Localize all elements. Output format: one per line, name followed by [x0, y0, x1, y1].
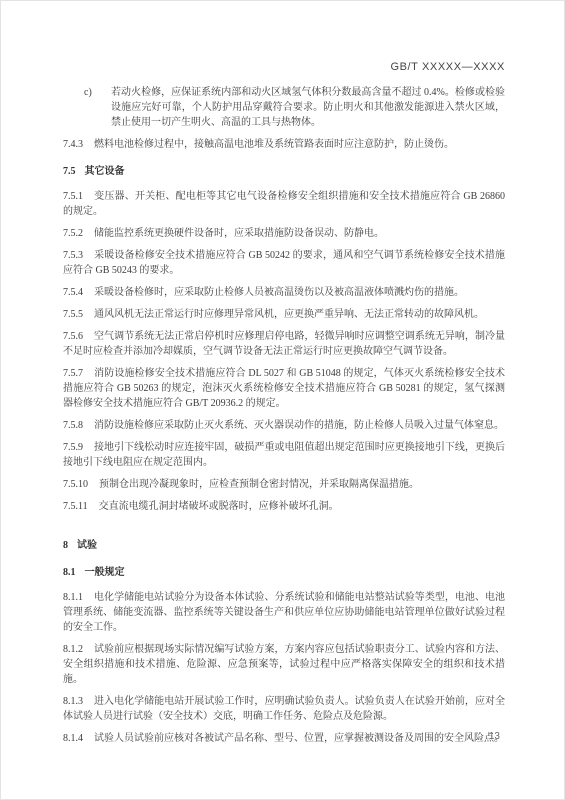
clause-text: 电化学储能电站试验分为设备本体试验、分系统试验和储能电站整站试验等类型，电池、电… [63, 592, 505, 633]
clause-paragraph: 8.1.2试验前应根据现场实际情况编写试验方案，方案内容应包括试验职责分工、试验… [63, 642, 505, 687]
clause-paragraph: 7.5.8消防设施检修应采取防止灭火系统、灭火器误动作的措施，防止检修人员吸入过… [63, 418, 505, 433]
clause-number: 7.5.4 [63, 287, 83, 298]
clause-paragraph: 8.1.4试验人员试验前应核对各被试产品名称、型号、位置，应掌握被测设备及周围的… [63, 731, 505, 746]
heading-text: 其它设备 [85, 166, 125, 177]
clause-number: 7.5.2 [63, 228, 83, 239]
clause-text: 采暖设备检修时，应采取防止检修人员被高温烫伤以及被高温液体喷溅灼伤的措施。 [94, 287, 464, 298]
clause-text: 预制仓出现冷凝现象时，应检查预制仓密封情况，并采取隔离保温措施。 [99, 479, 419, 490]
list-text: 若动火检修，应保证系统内部和动火区域氢气体积分数最高含量不超过 0.4%。检修或… [111, 87, 505, 128]
clause-text: 空气调节系统无法正常启停机时应修理启停电路，轻微异响时应调整空调系统无异响，制冷… [63, 331, 505, 357]
heading-text: 试验 [77, 540, 97, 551]
clause-number: 7.5.5 [63, 309, 83, 320]
clause-text: 进入电化学储能电站开展试验工作时，应明确试验负责人。试验负责人在试验开始前，应对… [63, 696, 505, 722]
clause-number: 7.5.1 [63, 191, 83, 202]
heading-number: 7.5 [63, 166, 76, 177]
clause-paragraph: 7.5.3采暖设备检修安全技术措施应符合 GB 50242 的要求，通风和空气调… [63, 248, 505, 278]
clause-number: 8.1.2 [63, 644, 83, 655]
clause-text: 变压器、开关柜、配电柜等其它电气设备检修安全组织措施和安全技术措施应符合 GB … [63, 191, 505, 217]
clause-paragraph: 8.1.1电化学储能电站试验分为设备本体试验、分系统试验和储能电站整站试验等类型… [63, 590, 505, 635]
running-header: GB/T XXXXX—XXXX [390, 61, 505, 73]
clause-number: 7.5.11 [63, 501, 88, 512]
clause-number: 7.4.3 [63, 139, 83, 150]
list-item: c)若动火检修，应保证系统内部和动火区域氢气体积分数最高含量不超过 0.4%。检… [63, 85, 505, 130]
clause-number: 7.5.7 [63, 368, 83, 379]
clause-paragraph: 8.1.3进入电化学储能电站开展试验工作时，应明确试验负责人。试验负责人在试验开… [63, 694, 505, 724]
clause-text: 交直流电缆孔洞封堵破坏或脱落时，应修补破坏孔洞。 [99, 501, 339, 512]
clause-number: 7.5.6 [63, 331, 83, 342]
page-number: 13 [489, 731, 500, 742]
clause-text: 燃料电池检修过程中，接触高温电池堆及系统管路表面时应注意防护，防止烫伤。 [94, 139, 454, 150]
clause-number: 8.1.4 [63, 733, 83, 744]
document-body: c)若动火检修，应保证系统内部和动火区域氢气体积分数最高含量不超过 0.4%。检… [63, 78, 505, 753]
chapter-heading: 8试验 [63, 538, 505, 553]
heading-heading: 7.5其它设备 [63, 164, 505, 179]
clause-text: 接地引下线松动时应连接牢固，破损严重或电阻值超出规定范围时应更换接地引下线，更换… [63, 442, 505, 468]
clause-paragraph: 7.5.9接地引下线松动时应连接牢固，破损严重或电阻值超出规定范围时应更换接地引… [63, 440, 505, 470]
clause-paragraph: 7.5.10预制仓出现冷凝现象时，应检查预制仓密封情况，并采取隔离保温措施。 [63, 477, 505, 492]
clause-number: 7.5.10 [63, 479, 88, 490]
heading-text: 一般规定 [85, 567, 125, 578]
clause-paragraph: 7.5.5通风风机无法正常运行时应修理异常风机，应更换严重异响、无法正常转动的故… [63, 307, 505, 322]
clause-paragraph: 7.5.6空气调节系统无法正常启停机时应修理启停电路，轻微异响时应调整空调系统无… [63, 329, 505, 359]
clause-paragraph: 7.4.3燃料电池检修过程中，接触高温电池堆及系统管路表面时应注意防护，防止烫伤… [63, 137, 505, 152]
clause-text: 试验人员试验前应核对各被试产品名称、型号、位置，应掌握被测设备及周围的安全风险点… [94, 733, 504, 744]
clause-number: 8.1.1 [63, 592, 83, 603]
clause-paragraph: 7.5.11交直流电缆孔洞封堵破坏或脱落时，应修补破坏孔洞。 [63, 499, 505, 514]
clause-text: 储能监控系统更换硬件设备时，应采取措施防设备误动、防静电。 [94, 228, 384, 239]
clause-paragraph: 7.5.4采暖设备检修时，应采取防止检修人员被高温烫伤以及被高温液体喷溅灼伤的措… [63, 285, 505, 300]
clause-text: 试验前应根据现场实际情况编写试验方案，方案内容应包括试验职责分工、试验内容和方法… [63, 644, 505, 685]
clause-paragraph: 7.5.7消防设施检修安全技术措施应符合 DL 5027 和 GB 51048 … [63, 366, 505, 411]
clause-text: 消防设施检修安全技术措施应符合 DL 5027 和 GB 51048 的规定，气… [63, 368, 505, 409]
clause-text: 消防设施检修应采取防止灭火系统、灭火器误动作的措施，防止检修人员吸入过量气体窒息… [94, 420, 504, 431]
heading-heading: 8.1一般规定 [63, 565, 505, 580]
clause-text: 通风风机无法正常运行时应修理异常风机，应更换严重异响、无法正常转动的故障风机。 [94, 309, 484, 320]
clause-number: 7.5.3 [63, 250, 83, 261]
clause-number: 7.5.8 [63, 420, 83, 431]
clause-paragraph: 7.5.1变压器、开关柜、配电柜等其它电气设备检修安全组织措施和安全技术措施应符… [63, 189, 505, 219]
clause-paragraph: 7.5.2储能监控系统更换硬件设备时，应采取措施防设备误动、防静电。 [63, 226, 505, 241]
clause-text: 采暖设备检修安全技术措施应符合 GB 50242 的要求，通风和空气调节系统检修… [63, 250, 505, 276]
heading-number: 8 [63, 540, 68, 551]
clause-number: 7.5.9 [63, 442, 83, 453]
heading-number: 8.1 [63, 567, 76, 578]
document-page: GB/T XXXXX—XXXX c)若动火检修，应保证系统内部和动火区域氢气体积… [0, 0, 565, 800]
list-marker: c) [84, 85, 111, 100]
clause-number: 8.1.3 [63, 696, 83, 707]
